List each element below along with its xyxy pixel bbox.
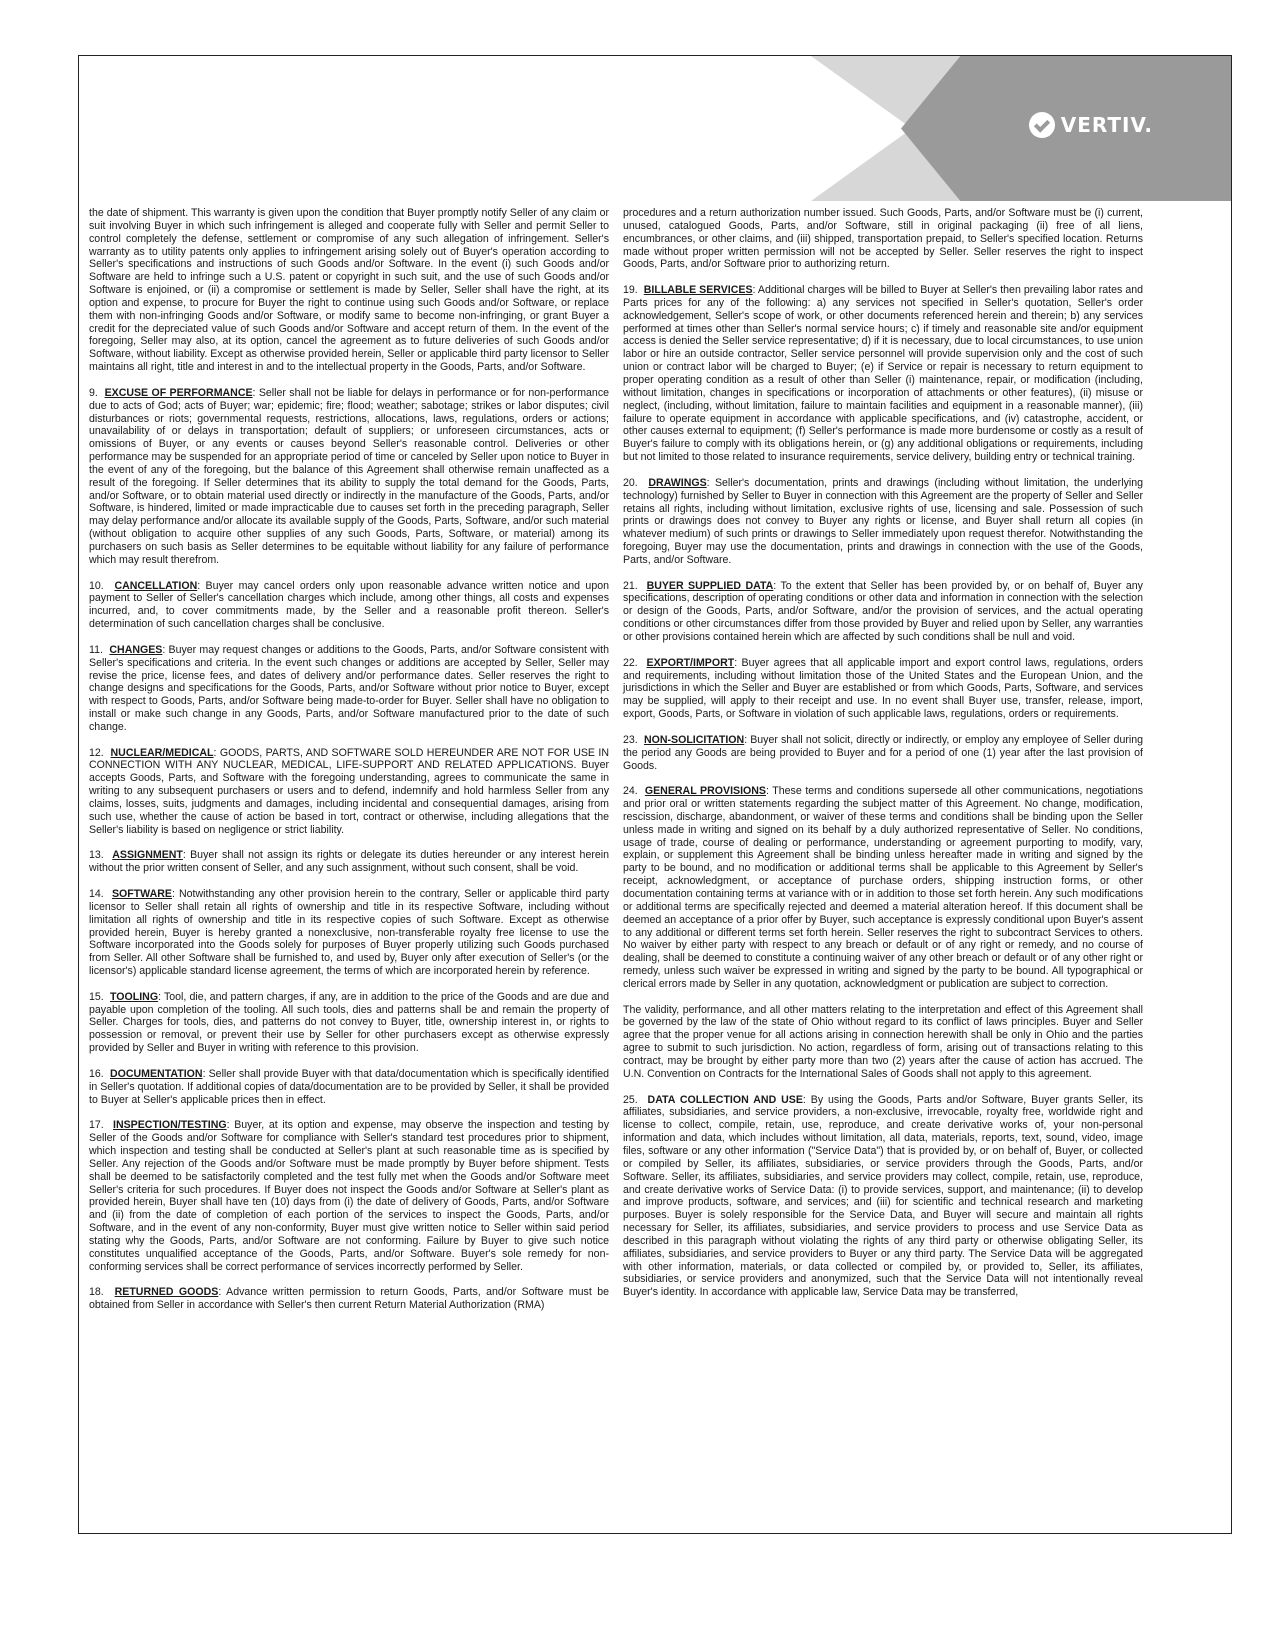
clause-number: 23. (623, 734, 638, 746)
clause-text: : Seller shall not be liable for delays … (89, 387, 609, 566)
clause-heading: EXPORT/IMPORT (647, 657, 735, 669)
clause-number: 13. (89, 849, 104, 861)
clause-text: : Tool, die, and pattern charges, if any… (89, 991, 609, 1054)
clause-continuation: procedures and a return authorization nu… (623, 207, 1143, 271)
clause-heading: BILLABLE SERVICES (644, 284, 753, 296)
clause-text: : Buyer, at its option and expense, may … (89, 1119, 609, 1272)
clause-heading: ASSIGNMENT (112, 849, 183, 861)
clause-17: 17. INSPECTION/TESTING: Buyer, at its op… (89, 1119, 609, 1273)
clause-text: : Additional charges will be billed to B… (623, 284, 1143, 463)
clause-number: 15. (89, 991, 104, 1003)
clause-number: 12. (89, 747, 104, 759)
clause-9: 9. EXCUSE OF PERFORMANCE: Seller shall n… (89, 387, 609, 567)
clause-11: 11. CHANGES: Buyer may request changes o… (89, 644, 609, 734)
clause-text: : Buyer may request changes or additions… (89, 644, 609, 733)
clause-heading: CHANGES (109, 644, 162, 656)
clause-15: 15. TOOLING: Tool, die, and pattern char… (89, 991, 609, 1055)
clause-heading: DOCUMENTATION (110, 1068, 203, 1080)
header-banner: VERTIV. (79, 56, 1231, 201)
clause-number: 9. (89, 387, 98, 399)
clause-heading: NUCLEAR/MEDICAL (111, 747, 214, 759)
clause-20: 20. DRAWINGS: Seller's documentation, pr… (623, 477, 1143, 567)
clause-text: : Notwithstanding any other provision he… (89, 888, 609, 977)
clause-16: 16. DOCUMENTATION: Seller shall provide … (89, 1068, 609, 1107)
clause-heading: CANCELLATION (114, 580, 197, 592)
vertiv-chevron-circle-icon (1029, 112, 1055, 138)
clause-text: The validity, performance, and all other… (623, 1004, 1143, 1080)
clause-number: 18. (89, 1286, 104, 1298)
clause-22: 22. EXPORT/IMPORT: Buyer agrees that all… (623, 657, 1143, 721)
clause-number: 14. (89, 888, 104, 900)
clause-number: 22. (623, 657, 638, 669)
vertiv-logo: VERTIV. (1029, 112, 1153, 138)
clause-heading: RETURNED GOODS (115, 1286, 219, 1298)
clause-text: : These terms and conditions supersede a… (623, 785, 1143, 990)
clause-number: 19. (623, 284, 638, 296)
clause-number: 16. (89, 1068, 104, 1080)
clause-number: 24. (623, 785, 638, 797)
clause-14: 14. SOFTWARE: Notwithstanding any other … (89, 888, 609, 978)
clause-heading: DATA COLLECTION AND USE (648, 1094, 803, 1106)
clause-number: 20. (623, 477, 638, 489)
clause-heading: EXCUSE OF PERFORMANCE (105, 387, 253, 399)
clause-heading: DRAWINGS (648, 477, 706, 489)
clause-12: 12. NUCLEAR/MEDICAL: GOODS, PARTS, AND S… (89, 747, 609, 837)
clause-25: 25. DATA COLLECTION AND USE: By using th… (623, 1094, 1143, 1300)
clause-heading: SOFTWARE (112, 888, 172, 900)
clause-heading: GENERAL PROVISIONS (645, 785, 766, 797)
clause-text: procedures and a return authorization nu… (623, 207, 1143, 270)
clause-number: 11. (89, 644, 103, 656)
document-page: VERTIV. the date of shipment. This warra… (78, 55, 1232, 1534)
brand-name: VERTIV. (1061, 113, 1153, 137)
clause-number: 25. (623, 1094, 638, 1106)
left-column: the date of shipment. This warranty is g… (89, 207, 609, 1325)
clause-13: 13. ASSIGNMENT: Buyer shall not assign i… (89, 849, 609, 875)
clause-number: 10. (89, 580, 104, 592)
clause-heading: INSPECTION/TESTING (113, 1119, 227, 1131)
clause-text: : Seller's documentation, prints and dra… (623, 477, 1143, 566)
clause-24: 24. GENERAL PROVISIONS: These terms and … (623, 785, 1143, 991)
clause-text: : GOODS, PARTS, AND SOFTWARE SOLD HEREUN… (89, 747, 609, 836)
clause-number: 21. (623, 580, 638, 592)
clause-number: 17. (89, 1119, 104, 1131)
clause-text: : By using the Goods, Parts and/or Softw… (623, 1094, 1143, 1299)
clause-continuation: the date of shipment. This warranty is g… (89, 207, 609, 374)
clause-23: 23. NON-SOLICITATION: Buyer shall not so… (623, 734, 1143, 773)
clause-text: the date of shipment. This warranty is g… (89, 207, 609, 373)
clause-21: 21. BUYER SUPPLIED DATA: To the extent t… (623, 580, 1143, 644)
clause-10: 10. CANCELLATION: Buyer may cancel order… (89, 580, 609, 631)
clause-heading: NON-SOLICITATION (644, 734, 744, 746)
clause-heading: BUYER SUPPLIED DATA (647, 580, 774, 592)
right-column: procedures and a return authorization nu… (623, 207, 1143, 1312)
clause-heading: TOOLING (110, 991, 158, 1003)
clause-continuation: The validity, performance, and all other… (623, 1004, 1143, 1081)
clause-18: 18. RETURNED GOODS: Advance written perm… (89, 1286, 609, 1312)
clause-19: 19. BILLABLE SERVICES: Additional charge… (623, 284, 1143, 464)
